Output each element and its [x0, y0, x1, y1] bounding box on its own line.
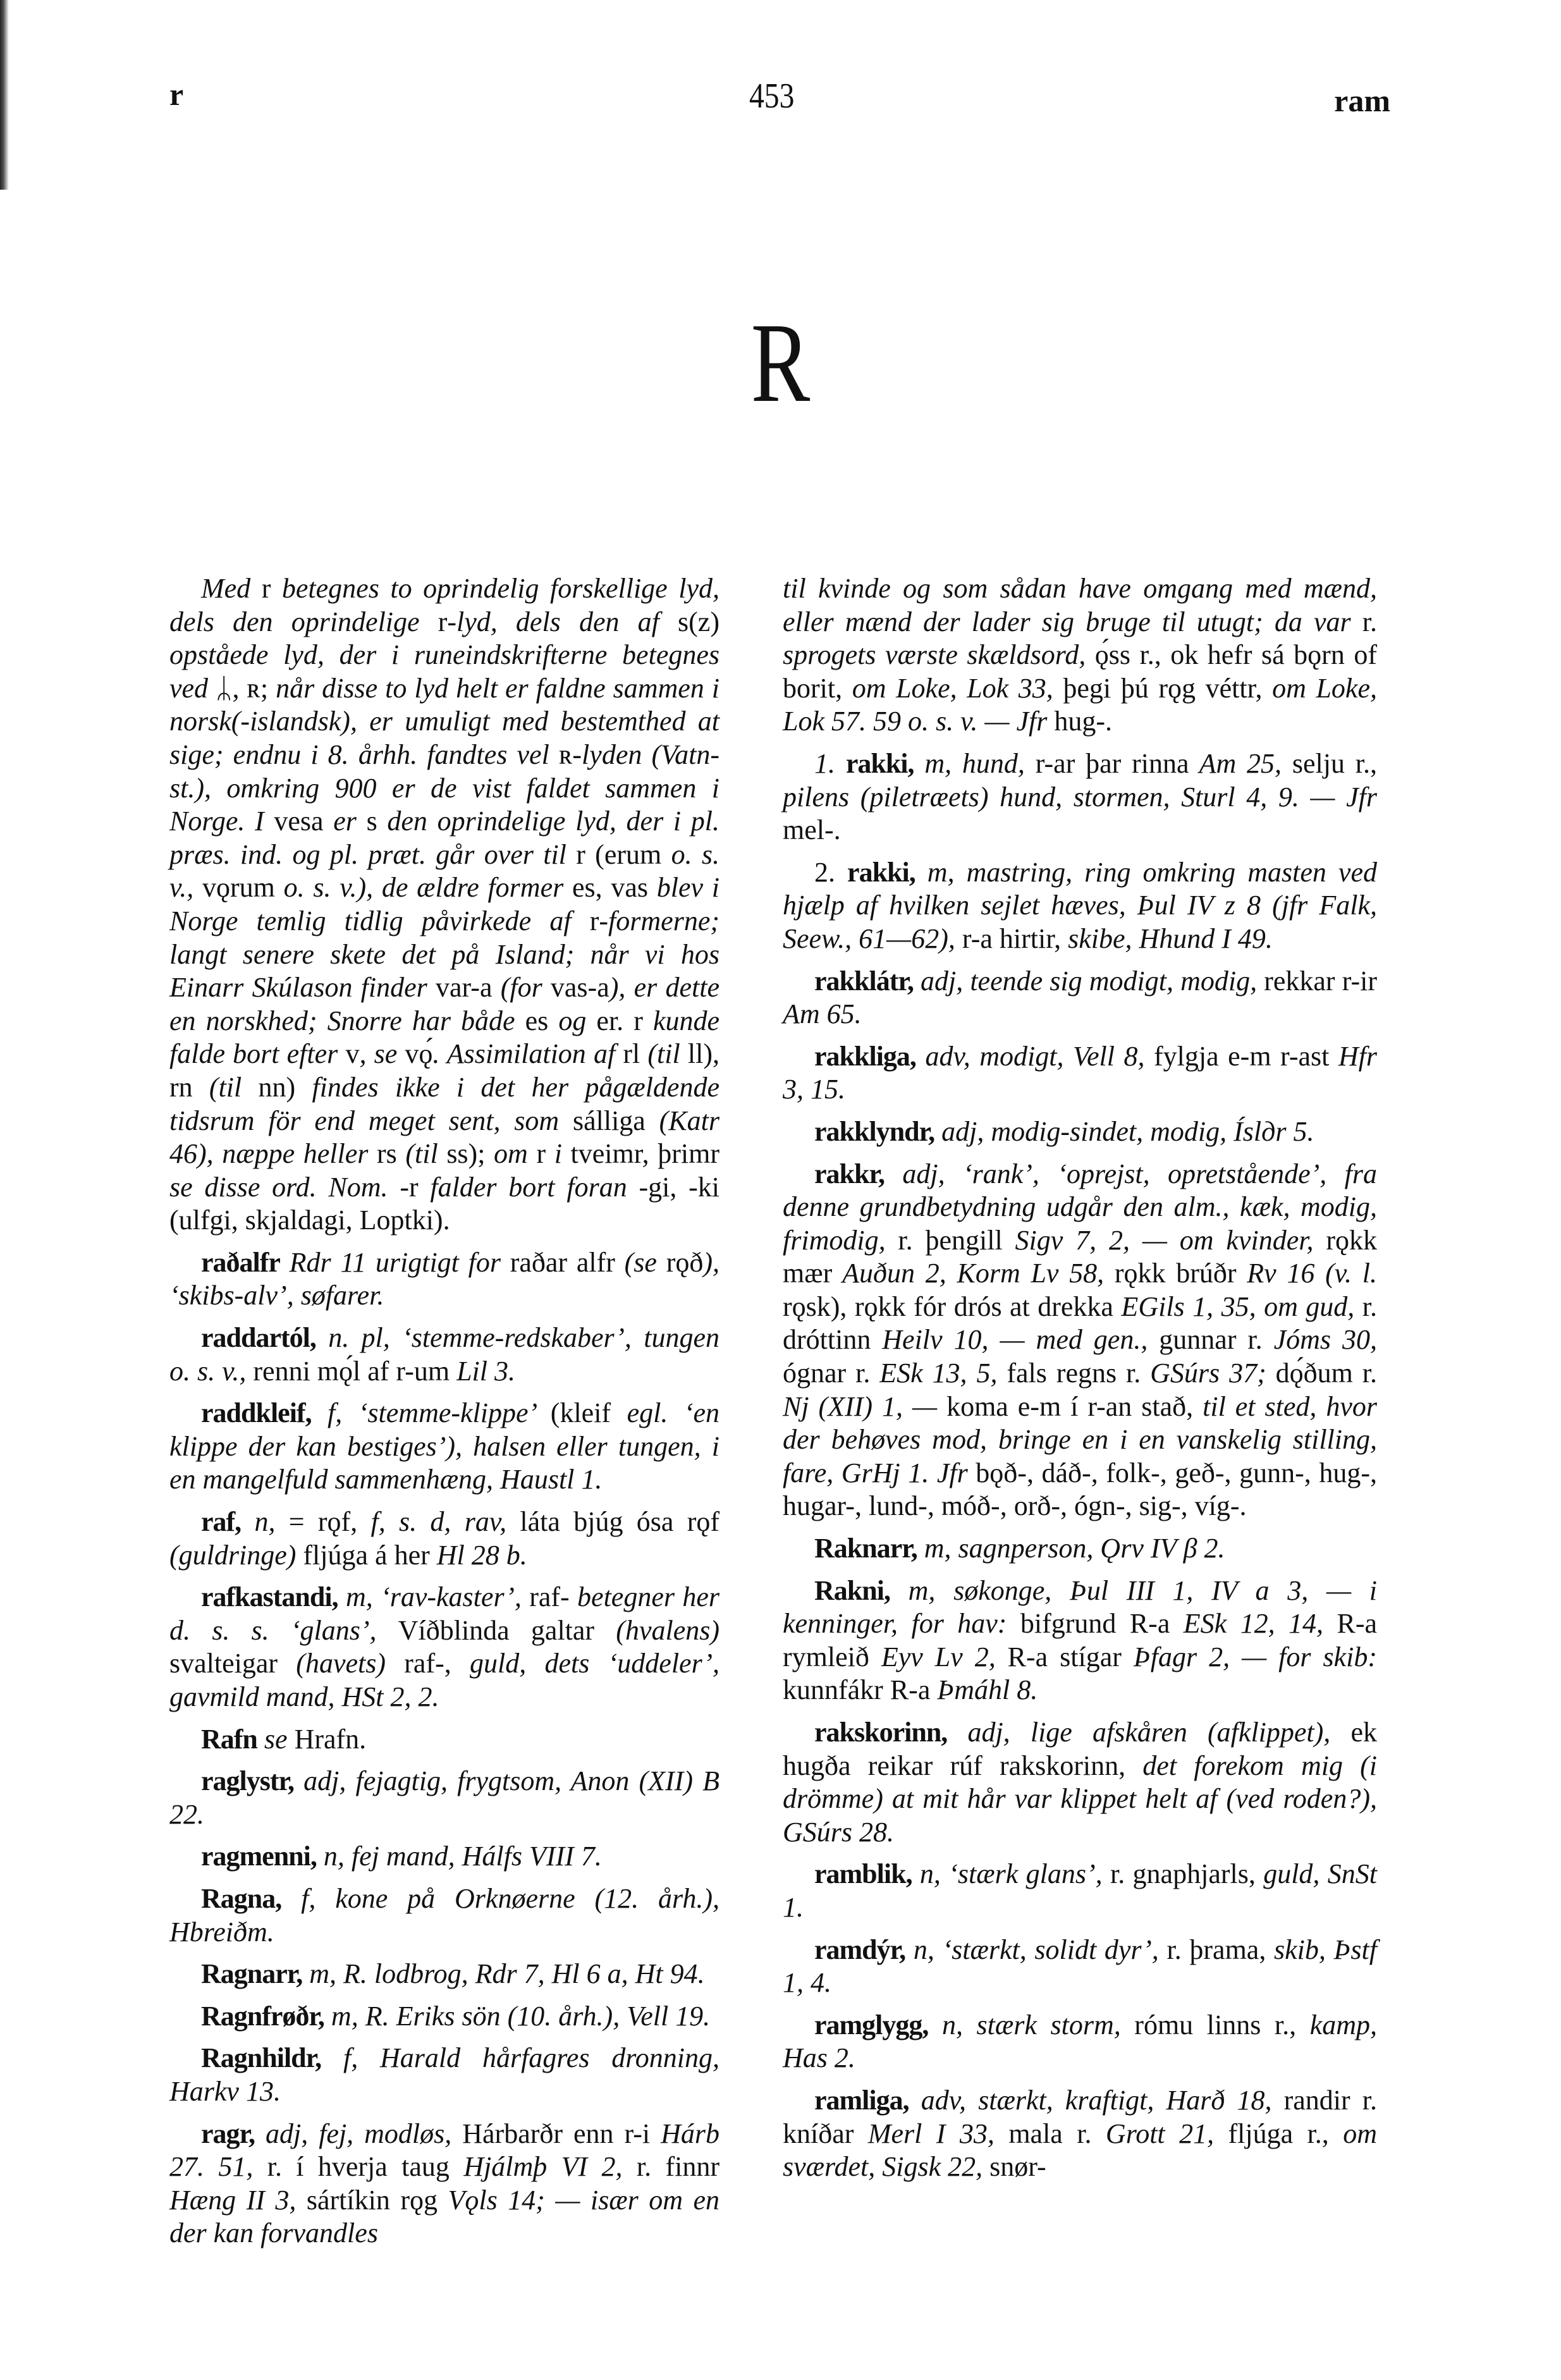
headword: raglystr, [201, 1765, 294, 1796]
citation-text: r [590, 905, 599, 936]
definition-text: (guldringe) [169, 1540, 303, 1571]
definition-text: og [548, 1005, 596, 1036]
definition-text: (til [193, 1072, 259, 1103]
citation-text: r. þrama, [1166, 1934, 1266, 1965]
definition-text: Hæng II 3, [169, 2185, 307, 2216]
definition-text: m, sagnperson, Ǫrv IV β 2. [917, 1533, 1225, 1564]
citation-text: (kleif [551, 1397, 611, 1428]
dictionary-entry: Ragnfrøðr, m, R. Eriks sön (10. årh.), V… [169, 2000, 719, 2033]
definition-text: adj, teende sig modigt, modig, [914, 966, 1264, 997]
definition-text: m, R. Eriks sön (10. årh.), Vell 19. [324, 2001, 710, 2032]
definition-text: sprogets værste skældsord, [783, 639, 1095, 670]
citation-text: renni mǫ́l af r-um [253, 1356, 450, 1387]
citation-text: mel-. [783, 814, 841, 845]
citation-text: rǫð [666, 1247, 704, 1278]
page-number: 453 [749, 76, 794, 116]
citation-text: þegi þú rǫg véttr, [1063, 673, 1262, 704]
dictionary-entry: rafkastandi, m, ‘rav-kaster’, raf- beteg… [169, 1581, 719, 1714]
running-head-right: ram [1334, 82, 1390, 119]
definition-text: Auðun 2, Korm Lv 58, [832, 1258, 1115, 1289]
dictionary-column-right: til kvinde og som sådan have omgang med … [783, 572, 1377, 2193]
dictionary-entry: ramglygg, n, stærk storm, rómu linns r.,… [783, 2009, 1377, 2075]
definition-text: Med [201, 573, 262, 604]
definition-text: Hl 28 b. [430, 1540, 527, 1571]
citation-text: = rǫf, [289, 1506, 357, 1537]
citation-text: raðar alfr [510, 1247, 615, 1278]
dictionary-entry: ragr, adj, fej, modløs, Hárbarðr enn r-i… [169, 2118, 719, 2250]
citation-text: r. [1362, 606, 1377, 637]
citation-text: fljúga á her [303, 1540, 429, 1571]
definition-text: Jóms 30, [1263, 1324, 1377, 1355]
citation-text: vǫrum [202, 872, 275, 903]
section-letter-heading: R [172, 297, 1390, 428]
definition-text: f, ‘stemme-klippe’ [312, 1397, 551, 1428]
headword: Ragna, [201, 1883, 281, 1914]
citation-text: raf-, [404, 1648, 451, 1679]
citation-text: vas-a [551, 972, 609, 1003]
headword: ramglygg, [814, 2009, 928, 2040]
dictionary-entry: Ragnhildr, f, Harald hårfagres dronning,… [169, 2042, 719, 2108]
citation-text: ᛦ, ʀ; [216, 673, 268, 704]
definition-text: Merl I 33, [854, 2118, 1008, 2149]
dictionary-entry: raddartól, n. pl, ‘stemme-redskaber’, tu… [169, 1322, 719, 1388]
citation-text: koma e-m í r-an stað, [946, 1391, 1193, 1422]
definition-text: se [257, 1724, 295, 1755]
definition-text: om [485, 1138, 536, 1169]
citation-text: gunnar r. [1159, 1324, 1262, 1355]
citation-text: var-a [436, 972, 492, 1003]
citation-text: raf- [529, 1581, 570, 1612]
citation-text: láta bjúg ósa rǫf [520, 1506, 719, 1537]
scan-shadow-edge [0, 0, 9, 190]
dictionary-entry: rakskorinn, adj, lige afskåren (afklippe… [783, 1716, 1377, 1849]
citation-text: es, vas [572, 872, 648, 903]
definition-text: Grott 21, [1092, 2118, 1228, 2149]
definition-text: adj, modig-sindet, modig, Íslдr 5. [934, 1116, 1314, 1147]
citation-text: rl [623, 1038, 640, 1069]
definition-text: n, stærk storm, [928, 2009, 1134, 2040]
citation-text: mala r. [1008, 2118, 1091, 2149]
definition-text: (havets) [278, 1648, 404, 1679]
definition-text: n, [241, 1506, 289, 1537]
definition-text: Þfagr 2, — for skib: [1122, 1641, 1377, 1672]
definition-text: Nj (XII) 1, — [783, 1391, 946, 1422]
dictionary-entry: rakkr, adj, ‘rank’, ‘oprejst, opretståen… [783, 1158, 1377, 1524]
dictionary-column-left: Med r betegnes to oprindelig forskellige… [169, 572, 719, 2259]
headword: rakkliga, [814, 1041, 916, 1072]
citation-text: r [262, 573, 271, 604]
dictionary-entry: Rakni, m, søkonge, Þul III 1, IV a 3, — … [783, 1574, 1377, 1707]
definition-text: EGils 1, 35, om gud, [1113, 1291, 1362, 1322]
definition-text: om Loke, Lok 33, [842, 673, 1063, 704]
citation-text: tveimr, þrimr [571, 1138, 719, 1169]
citation-text: ʀ [559, 739, 572, 770]
dictionary-entry: rakklyndr, adj, modig-sindet, modig, Ísl… [783, 1115, 1377, 1149]
citation-text: R-a stígar [1008, 1641, 1122, 1672]
definition-text: pilens (piletræets) hund, stormen, Sturl… [783, 782, 1377, 813]
definition-text: Sigv 7, 2, — om kvinder, [1003, 1225, 1326, 1256]
headword: rakki, [847, 857, 915, 888]
headword: rafkastandi, [201, 1581, 338, 1612]
dictionary-entry: Ragnarr, m, R. lodbrog, Rdr 7, Hl 6 a, H… [169, 1958, 719, 1991]
citation-text: vǫ́ [405, 1038, 432, 1069]
headword: rakkr, [814, 1158, 885, 1189]
definition-text: (til [640, 1038, 688, 1069]
headword: ragmenni, [201, 1841, 317, 1872]
citation-text: svalteigar [169, 1648, 278, 1679]
citation-text: Hrafn. [295, 1724, 367, 1755]
dictionary-entry: ramliga, adv, stærkt, kraftigt, Harð 18,… [783, 2084, 1377, 2184]
citation-text: r (erum [576, 839, 661, 870]
citation-text: rs [377, 1138, 397, 1169]
headword: raf, [201, 1506, 241, 1537]
headword: rakklátr, [814, 966, 914, 997]
definition-text: -lyd, dels den af [447, 606, 678, 637]
citation-text: 2. [814, 857, 847, 888]
headword: ramdýr, [814, 1934, 905, 1965]
citation-text: nn) [259, 1072, 296, 1103]
citation-text: rómu linns r., [1134, 2009, 1296, 2040]
definition-text: Am 65. [783, 998, 862, 1029]
dictionary-entry: raddkleif, f, ‘stemme-klippe’ (kleif egl… [169, 1397, 719, 1497]
dictionary-entry: raf, n, = rǫf, f, s. d, rav, láta bjúg ó… [169, 1506, 719, 1572]
dictionary-entry: 2. rakki, m, mastring, ring omkring mast… [783, 856, 1377, 956]
headword: rakki, [846, 748, 914, 779]
definition-text: (hvalens) [594, 1615, 719, 1646]
definition-text: (for [492, 972, 550, 1003]
definition-text: 1. [814, 748, 846, 779]
citation-text: r-ar þar rinna [1036, 748, 1189, 779]
citation-text: r. finnr [637, 2151, 719, 2182]
headword: Ragnhildr, [201, 2042, 321, 2073]
headword: rakklyndr, [814, 1116, 934, 1147]
citation-text: fals regns r. [1007, 1358, 1141, 1389]
dictionary-entry: raðalfr Rdr 11 urigtigt for raðar alfr (… [169, 1246, 719, 1313]
citation-text: fljúga r., [1228, 2118, 1329, 2149]
definition-text: (til [397, 1138, 447, 1169]
citation-text: selju r., [1292, 748, 1377, 779]
dictionary-entry: ramblik, n, ‘stærk glans’, r. gnaphjarls… [783, 1858, 1377, 1924]
running-head-left: r [169, 76, 183, 113]
dictionary-entry: rakkliga, adv, modigt, Vell 8, fylgja e-… [783, 1040, 1377, 1107]
citation-text: r. í hverja taug [267, 2151, 450, 2182]
citation-text: ss); [446, 1138, 485, 1169]
citation-text: s [367, 806, 377, 837]
headword: Ragnfrøðr, [201, 2001, 324, 2032]
definition-text: f, s. d, rav, [357, 1506, 520, 1537]
headword: Ragnarr, [201, 1958, 302, 1989]
citation-text: er. r [596, 1005, 642, 1036]
definition-text: n, ‘stærk glans’, [912, 1858, 1110, 1889]
definition-text: Lil 3. [450, 1356, 515, 1387]
headword: Rafn [201, 1724, 257, 1755]
citation-text: -r [400, 1172, 418, 1203]
dictionary-entry: 1. rakki, m, hund, r-ar þar rinna Am 25,… [783, 747, 1377, 847]
citation-text: es [525, 1005, 549, 1036]
headword: raddkleif, [201, 1397, 312, 1428]
definition-text: er [324, 806, 367, 837]
definition-text: . Assimilation af [432, 1038, 623, 1069]
definition-text: adv, modigt, Vell 8, [916, 1041, 1154, 1072]
dictionary-entry: Rafn se Hrafn. [169, 1723, 719, 1757]
definition-text: Hjálmþ VI 2, [450, 2151, 637, 2182]
citation-text: vesa [274, 806, 323, 837]
citation-text: rekkar r-ir [1264, 966, 1377, 997]
citation-text: r. þengill [898, 1225, 1002, 1256]
citation-text: sálliga [573, 1105, 646, 1136]
definition-text: m, ‘rav-kaster’, [338, 1581, 530, 1612]
citation-text: rǫsk), rǫkk fór drós at drekka [783, 1291, 1113, 1322]
citation-text: ógnar r. [783, 1358, 870, 1389]
dictionary-entry: rakklátr, adj, teende sig modigt, modig,… [783, 965, 1377, 1031]
definition-text: i [546, 1138, 570, 1169]
definition-text: Þmáhl 8. [930, 1674, 1038, 1705]
dictionary-entry: ramdýr, n, ‘stærkt, solidt dyr’, r. þram… [783, 1934, 1377, 2000]
definition-text: Heilv 10, — med gen., [871, 1324, 1159, 1355]
definition-text: (se [615, 1247, 666, 1278]
definition-text: o. s. v.), de ældre former [275, 872, 572, 903]
definition-text: ESk 12, 14, [1170, 1608, 1337, 1639]
dictionary-entry: Raknarr, m, sagnperson, Ǫrv IV β 2. [783, 1532, 1377, 1566]
citation-text: kunnfákr R-a [783, 1674, 930, 1705]
dictionary-entry: Med r betegnes to oprindelig forskellige… [169, 572, 719, 1237]
definition-text: adj, lige afskåren (afklippet), [947, 1717, 1350, 1748]
definition-text: adj, fej, modløs, [255, 2118, 462, 2149]
citation-text: hug-. [1054, 706, 1112, 737]
citation-text: snør- [989, 2151, 1046, 2182]
definition-text: ESk 13, 5, [870, 1358, 1007, 1389]
definition-text: se disse ord. Nom. [169, 1172, 400, 1203]
definition-text: adv, stærkt, kraftigt, Harð 18, [909, 2085, 1284, 2116]
citation-text: r [438, 606, 448, 637]
definition-text: GSúrs 37; [1141, 1358, 1275, 1389]
definition-text: Rv 16 (v. l. [1237, 1258, 1377, 1289]
citation-text: r-a hirtir, [962, 923, 1061, 954]
definition-text: Eyv Lv 2, [869, 1641, 1008, 1672]
definition-text: falder bort foran [419, 1172, 639, 1203]
headword: ramliga, [814, 2085, 909, 2116]
citation-text: r [536, 1138, 546, 1169]
headword: ragr, [201, 2118, 255, 2149]
citation-text: v [345, 1038, 359, 1069]
citation-text: Hárbarðr enn r-i [462, 2118, 650, 2149]
citation-text: rǫkk brúðr [1115, 1258, 1237, 1289]
dictionary-entry: ragmenni, n, fej mand, Hálfs VIII 7. [169, 1840, 719, 1874]
citation-text: bifgrund R-a [1020, 1608, 1170, 1639]
definition-text: Am 25, [1189, 748, 1292, 779]
citation-text: dǫ́ðum r. [1276, 1358, 1377, 1389]
dictionary-entry: raglystr, adj, fejagtig, frygtsom, Anon … [169, 1765, 719, 1831]
definition-text: m, hund, [914, 748, 1036, 779]
headword: rakskorinn, [814, 1717, 947, 1748]
dictionary-entry: Ragna, f, kone på Orknøerne (12. årh.), … [169, 1882, 719, 1949]
citation-text: s(z) [678, 606, 719, 637]
definition-text: n, fej mand, Hálfs VIII 7. [317, 1841, 602, 1872]
headword: Raknarr, [814, 1533, 917, 1564]
headword: ramblik, [814, 1858, 912, 1889]
citation-text: fylgja e-m r-ast [1154, 1041, 1329, 1072]
dictionary-entry: til kvinde og som sådan have omgang med … [783, 572, 1377, 739]
citation-text: r. gnaphjarls, [1110, 1858, 1256, 1889]
definition-text: n, ‘stærkt, solidt dyr’, [905, 1934, 1166, 1965]
definition-text: Rdr 11 urigtigt for [280, 1247, 510, 1278]
headword: raddartól, [201, 1322, 316, 1353]
headword: Rakni, [814, 1575, 890, 1606]
definition-text: skibe, Hhund I 49. [1061, 923, 1273, 954]
citation-text: sártíkin rǫg [307, 2185, 438, 2216]
definition-text: m, R. lodbrog, Rdr 7, Hl 6 a, Ht 94. [302, 1958, 704, 1989]
headword: raðalfr [201, 1247, 280, 1278]
definition-text: , se [359, 1038, 405, 1069]
definition-text: til kvinde og som sådan have omgang med … [783, 573, 1377, 637]
citation-text: Víðblinda galtar [398, 1615, 594, 1646]
